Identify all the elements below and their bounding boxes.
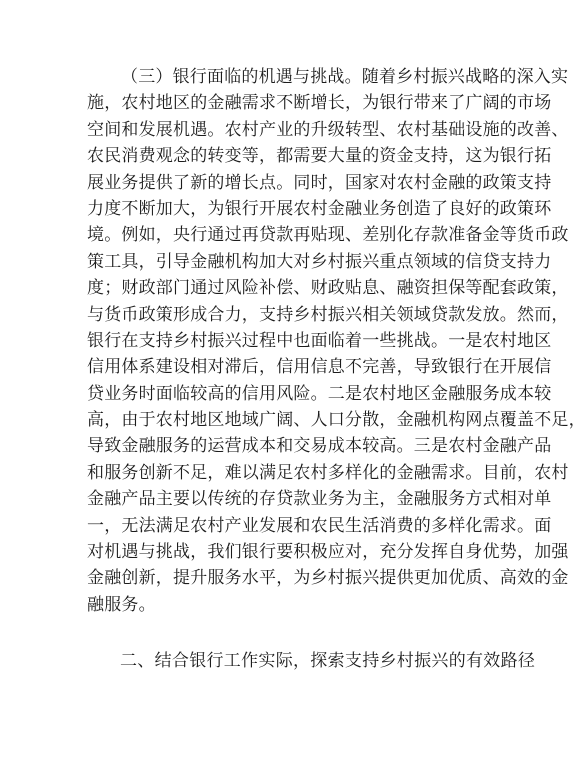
paragraph-line: 与货币政策形成合力，支持乡村振兴相关领域贷款发放。然而， — [87, 302, 497, 328]
paragraph-line: 信用体系建设相对滞后，信用信息不完善，导致银行在开展信 — [87, 354, 497, 380]
paragraph-line: 金融创新，提升服务水平，为乡村振兴提供更加优质、高效的金 — [87, 565, 497, 591]
paragraph-line: 一，无法满足农村产业发展和农民生活消费的多样化需求。面 — [87, 513, 497, 539]
section-heading: 二、结合银行工作实际，探索支持乡村振兴的有效路径 — [120, 648, 535, 674]
paragraph-line-last: 融服务。 — [87, 592, 497, 618]
paragraph-line: 展业务提供了新的增长点。同时，国家对农村金融的政策支持 — [87, 170, 497, 196]
paragraph-line: 力度不断加大，为银行开展农村金融业务创造了良好的政策环 — [87, 196, 497, 222]
paragraph-line: 对机遇与挑战，我们银行要积极应对，充分发挥自身优势，加强 — [87, 539, 497, 565]
paragraph-line: 金融产品主要以传统的存贷款业务为主，金融服务方式相对单 — [87, 486, 497, 512]
paragraph-line: 银行在支持乡村振兴过程中也面临着一些挑战。一是农村地区 — [87, 328, 497, 354]
paragraph-line: （三）银行面临的机遇与挑战。随着乡村振兴战略的深入实 — [87, 64, 497, 90]
paragraph-line: 贷业务时面临较高的信用风险。二是农村地区金融服务成本较 — [87, 381, 497, 407]
paragraph-line: 高，由于农村地区地域广阔、人口分散，金融机构网点覆盖不足， — [87, 407, 497, 433]
paragraph-line: 策工具，引导金融机构加大对乡村振兴重点领域的信贷支持力 — [87, 249, 497, 275]
paragraph-line: 施，农村地区的金融需求不断增长，为银行带来了广阔的市场 — [87, 90, 497, 116]
paragraph-opportunities-challenges: （三）银行面临的机遇与挑战。随着乡村振兴战略的深入实 施，农村地区的金融需求不断… — [87, 64, 497, 618]
paragraph-line: 和服务创新不足，难以满足农村多样化的金融需求。目前，农村 — [87, 460, 497, 486]
paragraph-line: 导致金融服务的运营成本和交易成本较高。三是农村金融产品 — [87, 433, 497, 459]
paragraph-line: 农民消费观念的转变等，都需要大量的资金支持，这为银行拓 — [87, 143, 497, 169]
paragraph-line: 度；财政部门通过风险补偿、财政贴息、融资担保等配套政策， — [87, 275, 497, 301]
document-page: （三）银行面临的机遇与挑战。随着乡村振兴战略的深入实 施，农村地区的金融需求不断… — [0, 0, 586, 759]
paragraph-line: 空间和发展机遇。农村产业的升级转型、农村基础设施的改善、 — [87, 117, 497, 143]
paragraph-line: 境。例如，央行通过再贷款再贴现、差别化存款准备金等货币政 — [87, 222, 497, 248]
